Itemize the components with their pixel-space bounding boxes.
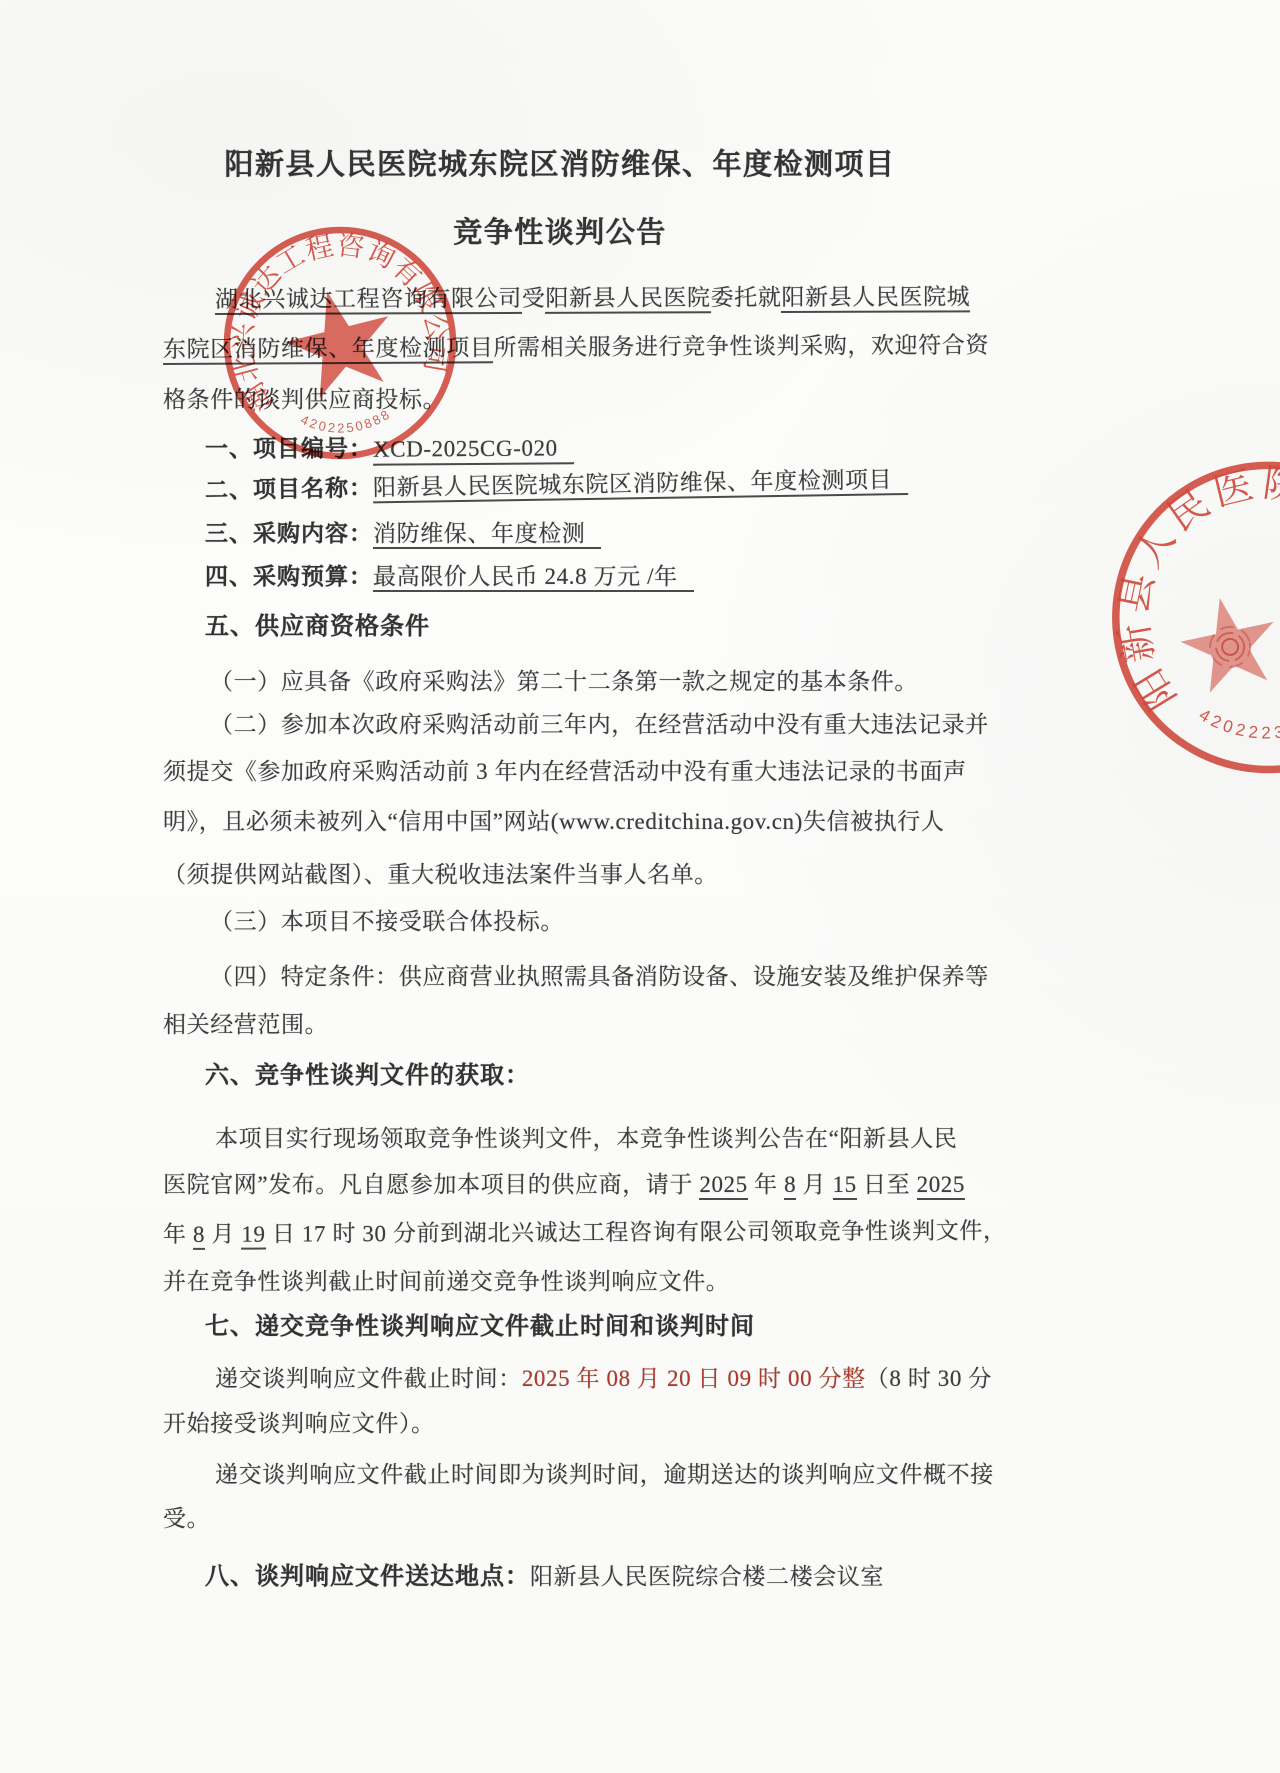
intro-text: 受 — [522, 286, 546, 311]
section7-heading: 七、递交竞争性谈判响应文件截止时间和谈判时间 — [205, 1306, 755, 1341]
qualification-4-line2: 相关经营范围。 — [163, 1006, 328, 1039]
item3-value: 消防维保、年度检测 — [373, 521, 601, 549]
item-procurement-content: 三、采购内容：消防维保、年度检测 — [205, 515, 601, 548]
obtain-text: 年 — [748, 1172, 784, 1197]
hospital-seal-star-icon — [1173, 588, 1280, 696]
obtain-line1: 本项目实行现场领取竞争性谈判文件，本竞争性谈判公告在“阳新县人民 — [215, 1120, 957, 1153]
scanned-announcement-page: 阳新县人民医院城东院区消防维保、年度检测项目 竞争性谈判公告 湖北兴诚达工程咨询… — [0, 0, 1280, 1773]
item4-value: 最高限价人民币 24.8 万元 /年 — [373, 564, 694, 592]
item8-label: 八、谈判响应文件送达地点： — [205, 1563, 530, 1590]
item-delivery-address: 八、谈判响应文件送达地点：阳新县人民医院综合楼二楼会议室 — [205, 1556, 884, 1591]
svg-text:420222300: 420222300 — [1193, 684, 1280, 759]
project-name-part1: 阳新县人民医院城 — [781, 284, 970, 313]
intro-line3: 格条件的谈判供应商投标。 — [163, 381, 446, 414]
item1-label: 一、项目编号： — [205, 435, 373, 461]
deadline-line1: 递交谈判响应文件截止时间：2025 年 08 月 20 日 09 时 00 分整… — [215, 1360, 992, 1393]
date-year1: 2025 — [699, 1172, 747, 1200]
item-project-number: 一、项目编号：XCD-2025CG-020 — [205, 430, 574, 465]
date-year2: 2025 — [917, 1172, 965, 1200]
item-project-name: 二、项目名称：阳新县人民医院城东院区消防维保、年度检测项目 — [205, 461, 909, 505]
item1-value: XCD-2025CG-020 — [373, 435, 574, 465]
qualification-2-line4: （须提供网站截图）、重大税收违法案件当事人名单。 — [163, 856, 718, 889]
date-month2: 8 — [193, 1222, 205, 1250]
intro-line1: 湖北兴诚达工程咨询有限公司受阳新县人民医院委托就阳新县人民医院城 — [215, 278, 970, 314]
item8-value: 阳新县人民医院综合楼二楼会议室 — [530, 1564, 884, 1589]
obtain-line3: 年 8 月 19 日 17 时 30 分前到湖北兴诚达工程咨询有限公司领取竞争性… — [163, 1212, 1007, 1249]
deadline-tail: （8 时 30 分 — [866, 1366, 992, 1391]
deadline-label: 递交谈判响应文件截止时间： — [215, 1366, 522, 1391]
obtain-text: 月 — [796, 1172, 832, 1197]
item-budget: 四、采购预算：最高限价人民币 24.8 万元 /年 — [205, 558, 694, 591]
obtain-text: 日至 — [857, 1172, 917, 1197]
deadline-line2: 开始接受谈判响应文件）。 — [163, 1405, 435, 1438]
intro-line2: 东院区消防维保、年度检测项目所需相关服务进行竞争性谈判采购，欢迎符合资 — [163, 327, 989, 364]
hospital-seal-stamp: 阳新县人民医院 420222300 — [1068, 416, 1280, 819]
hospital-seal-code: 420222300 — [1193, 684, 1280, 759]
item4-label: 四、采购预算： — [205, 563, 373, 589]
document-title-line1: 阳新县人民医院城东院区消防维保、年度检测项目 — [160, 142, 960, 183]
obtain-line2: 医院官网”发布。凡自愿参加本项目的供应商，请于 2025 年 8 月 15 日至… — [163, 1166, 965, 1199]
date-day2: 19 — [241, 1222, 265, 1250]
obtain-text: 医院官网”发布。凡自愿参加本项目的供应商，请于 — [163, 1172, 699, 1197]
obtain-text: 月 — [205, 1222, 241, 1247]
qualification-3: （三）本项目不接受联合体投标。 — [210, 903, 564, 936]
qualification-2-line2: 须提交《参加政府采购活动前 3 年内在经营活动中没有重大违法记录的书面声 — [163, 753, 967, 786]
deadline-line3: 递交谈判响应文件截止时间即为谈判时间，逾期送达的谈判响应文件概不接 — [215, 1456, 994, 1489]
hospital-seal-arc-text: 阳新县人民医院 — [1084, 451, 1280, 720]
intro-text: 委托就 — [711, 285, 782, 310]
obtain-line4: 并在竞争性谈判截止时间前递交竞争性谈判响应文件。 — [163, 1263, 729, 1296]
qualification-2-line3: 明》，且必须未被列入“信用中国”网站(www.creditchina.gov.c… — [163, 803, 945, 836]
obtain-text: 年 — [163, 1222, 193, 1247]
qualification-1: （一）应具备《政府采购法》第二十二条第一款之规定的基本条件。 — [210, 663, 918, 696]
document-title-line2: 竞争性谈判公告 — [160, 210, 960, 251]
svg-text:阳新县人民医院: 阳新县人民医院 — [1084, 451, 1280, 720]
item2-label: 二、项目名称： — [205, 474, 373, 503]
obtain-text: 日 17 时 30 分前到湖北兴诚达工程咨询有限公司领取竞争性谈判文件， — [266, 1218, 1007, 1246]
date-month1: 8 — [784, 1172, 796, 1200]
hospital-name: 阳新县人民医院 — [545, 285, 710, 314]
item2-value: 阳新县人民医院城东院区消防维保、年度检测项目 — [373, 467, 909, 503]
date-day1: 15 — [833, 1172, 857, 1200]
deadline-line4: 受。 — [163, 1500, 210, 1533]
qualification-2-line1: （二）参加本次政府采购活动前三年内，在经营活动中没有重大违法记录并 — [210, 706, 989, 739]
section6-heading: 六、竞争性谈判文件的获取： — [205, 1055, 530, 1090]
section5-heading: 五、供应商资格条件 — [205, 606, 430, 641]
intro-text: 所需相关服务进行竞争性谈判采购，欢迎符合资 — [493, 333, 989, 361]
item3-label: 三、采购内容： — [205, 520, 373, 546]
intro-text: 格条件的谈判供应商投标。 — [163, 387, 446, 412]
qualification-4-line1: （四）特定条件：供应商营业执照需具备消防设备、设施安装及维护保养等 — [210, 958, 989, 991]
project-name-part2: 东院区消防维保、年度检测项目 — [163, 335, 494, 365]
hospital-seal-ring — [1088, 437, 1280, 798]
deadline-datetime: 2025 年 08 月 20 日 09 时 00 分整 — [522, 1366, 866, 1391]
agency-name: 湖北兴诚达工程咨询有限公司 — [215, 286, 522, 315]
